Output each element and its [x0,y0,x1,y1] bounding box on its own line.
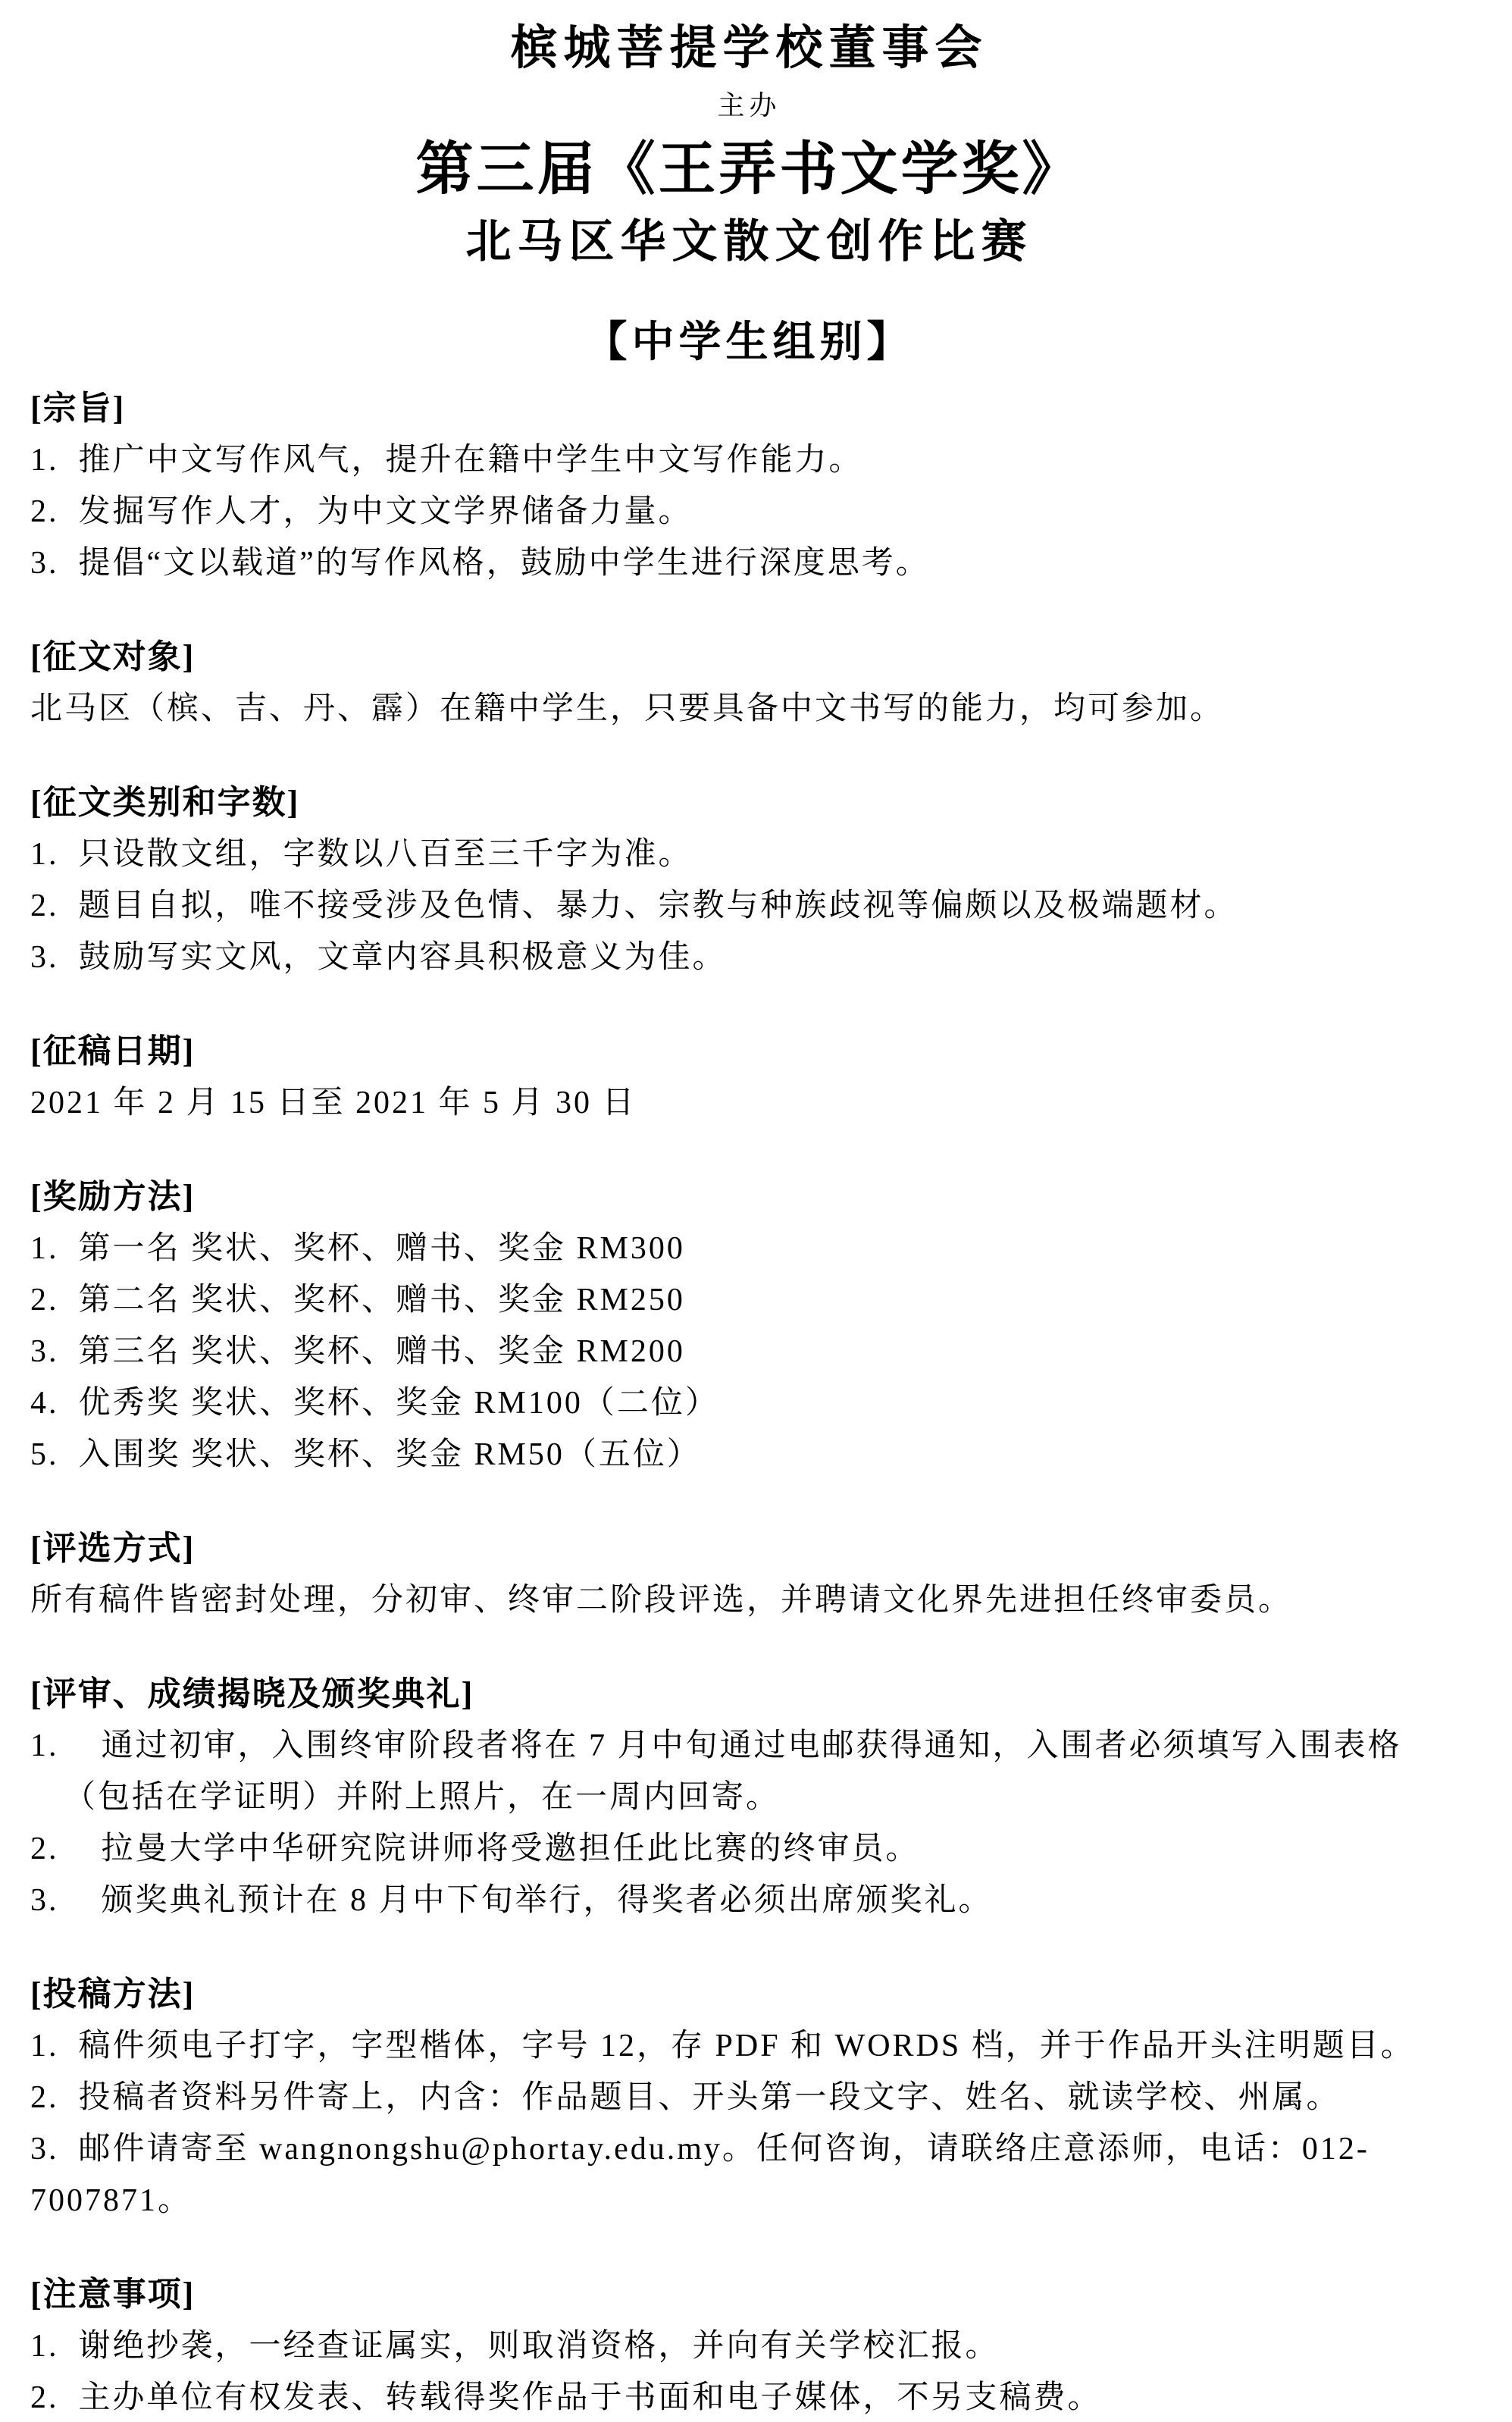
document-page: 槟城菩提学校董事会 主办 第三届《王弄书文学奖》 北马区华文散文创作比赛 【中学… [0,0,1512,2422]
item-text: 颁奖典礼预计在 8 月中下旬举行，得奖者必须出席颁奖礼。 [102,1883,993,1918]
list-item: 1.只设散文组，字数以八百至三千字为准。 [30,829,1468,880]
item-number: 2. [30,888,59,923]
item-number: 1. [30,2029,59,2063]
submission-dates: 2021 年 2 月 15 日至 2021 年 5 月 30 日 [30,1077,1468,1129]
item-text: 第三名 奖状、奖杯、赠书、奖金 RM200 [79,1334,685,1369]
section-judging-results-ceremony: [评审、成绩揭晓及颁奖典礼] 1.通过初审，入围终审阶段者将在 7 月中旬通过电… [30,1668,1468,1926]
item-number: 4. [30,1386,59,1421]
item-number: 2. [30,2380,59,2415]
item-text: 通过初审，入围终审阶段者将在 7 月中旬通过电邮获得通知，入围者必须填写入围表格… [64,1728,1402,1815]
section-notes: [注意事项] 1.谢绝抄袭，一经查证属实，则取消资格，并向有关学校汇报。 2.主… [30,2269,1468,2422]
section-submission-method: [投稿方法] 1.稿件须电子打字，字型楷体，字号 12，存 PDF 和 WORD… [30,1969,1468,2226]
list-item: 1.谢绝抄袭，一经查证属实，则取消资格，并向有关学校汇报。 [30,2320,1468,2372]
section-heading: [评选方式] [30,1523,1468,1574]
list-item: 2.投稿者资料另件寄上，内含：作品题目、开头第一段文字、姓名、就读学校、州属。 [30,2072,1468,2123]
item-text: 谢绝抄袭，一经查证属实，则取消资格，并向有关学校汇报。 [79,2329,1000,2364]
section-heading: [宗旨] [30,383,1468,434]
section-eligibility: [征文对象] 北马区（槟、吉、丹、霹）在籍中学生，只要具备中文书写的能力，均可参… [30,631,1468,735]
prize-item: 3.第三名 奖状、奖杯、赠书、奖金 RM200 [30,1326,1468,1377]
item-text: 第二名 奖状、奖杯、赠书、奖金 RM250 [79,1283,685,1318]
category-banner: 【中学生组别】 [30,315,1468,371]
section-judging-method: [评选方式] 所有稿件皆密封处理，分初审、终审二阶段评选，并聘请文化界先进担任终… [30,1523,1468,1626]
item-text: 第一名 奖状、奖杯、赠书、奖金 RM300 [79,1231,685,1266]
section-heading: [投稿方法] [30,1969,1468,2020]
document-header: 槟城菩提学校董事会 主办 第三届《王弄书文学奖》 北马区华文散文创作比赛 【中学… [30,18,1468,371]
list-item: 2.题目自拟，唯不接受涉及色情、暴力、宗教与种族歧视等偏颇以及极端题材。 [30,880,1468,932]
item-text: 拉曼大学中华研究院讲师将受邀担任此比赛的终审员。 [102,1831,920,1866]
section-heading: [征文对象] [30,631,1468,683]
list-item: 3.提倡“文以载道”的写作风格，鼓励中学生进行深度思考。 [30,537,1468,589]
list-item: 3.颁奖典礼预计在 8 月中下旬举行，得奖者必须出席颁奖礼。 [30,1875,1468,1926]
item-text: 推广中文写作风气，提升在籍中学生中文写作能力。 [79,443,863,478]
competition-subtitle: 北马区华文散文创作比赛 [30,212,1468,271]
organizer-name: 槟城菩提学校董事会 [30,18,1468,80]
item-number: 5. [30,1437,59,1472]
item-number: 2. [30,2080,59,2115]
item-text: 投稿者资料另件寄上，内含：作品题目、开头第一段文字、姓名、就读学校、州属。 [79,2080,1341,2115]
host-label: 主办 [30,87,1468,124]
item-text: 入围奖 奖状、奖杯、奖金 RM50（五位） [79,1437,701,1472]
list-item: 1.通过初审，入围终审阶段者将在 7 月中旬通过电邮获得通知，入围者必须填写入围… [30,1720,1468,1823]
item-number: 1. [30,1728,59,1763]
list-item: 3.鼓励写实文风，文章内容具积极意义为佳。 [30,932,1468,983]
item-text: 鼓励写实文风，文章内容具积极意义为佳。 [79,940,727,975]
item-number: 3. [30,940,59,975]
item-text: 只设散文组，字数以八百至三千字为准。 [79,837,693,872]
list-item: 1.推广中文写作风气，提升在籍中学生中文写作能力。 [30,434,1468,486]
item-number: 2. [30,494,59,529]
section-paragraph: 所有稿件皆密封处理，分初审、终审二阶段评选，并聘请文化界先进担任终审委员。 [30,1574,1468,1626]
item-number: 1. [30,443,59,478]
item-text: 提倡“文以载道”的写作风格，鼓励中学生进行深度思考。 [79,546,930,581]
item-text: 稿件须电子打字，字型楷体，字号 12，存 PDF 和 WORDS 档，并于作品开… [79,2029,1415,2063]
prize-item: 5.入围奖 奖状、奖杯、奖金 RM50（五位） [30,1429,1468,1480]
item-text: 发掘写作人才，为中文文学界储备力量。 [79,494,693,529]
list-item: 1.稿件须电子打字，字型楷体，字号 12，存 PDF 和 WORDS 档，并于作… [30,2020,1468,2072]
section-submission-period: [征稿日期] 2021 年 2 月 15 日至 2021 年 5 月 30 日 [30,1026,1468,1129]
section-prizes: [奖励方法] 1.第一名 奖状、奖杯、赠书、奖金 RM300 2.第二名 奖状、… [30,1171,1468,1480]
item-text: 题目自拟，唯不接受涉及色情、暴力、宗教与种族歧视等偏颇以及极端题材。 [79,888,1238,923]
item-number: 3. [30,2132,59,2167]
item-number: 3. [30,1883,59,1918]
list-item: 2.主办单位有权发表、转载得奖作品于书面和电子媒体，不另支稿费。 [30,2372,1468,2422]
item-number: 2. [30,1831,59,1866]
section-heading: [注意事项] [30,2269,1468,2320]
prize-item: 2.第二名 奖状、奖杯、赠书、奖金 RM250 [30,1274,1468,1326]
list-item: 3.邮件请寄至 wangnongshu@phortay.edu.my。任何咨询，… [30,2123,1468,2226]
item-number: 1. [30,2329,59,2364]
prize-item: 1.第一名 奖状、奖杯、赠书、奖金 RM300 [30,1223,1468,1274]
section-heading: [征稿日期] [30,1026,1468,1077]
prize-item: 4.优秀奖 奖状、奖杯、奖金 RM100（二位） [30,1377,1468,1429]
item-text-with-email: 邮件请寄至 wangnongshu@phortay.edu.my。任何咨询，请联… [30,2132,1370,2218]
award-title: 第三届《王弄书文学奖》 [30,133,1468,208]
list-item: 2.拉曼大学中华研究院讲师将受邀担任此比赛的终审员。 [30,1823,1468,1875]
item-text: 优秀奖 奖状、奖杯、奖金 RM100（二位） [79,1386,719,1421]
item-number: 2. [30,1283,59,1318]
section-heading: [评审、成绩揭晓及颁奖典礼] [30,1668,1468,1720]
item-number: 3. [30,1334,59,1369]
section-heading: [征文类别和字数] [30,777,1468,829]
section-heading: [奖励方法] [30,1171,1468,1223]
list-item: 2.发掘写作人才，为中文文学界储备力量。 [30,486,1468,537]
item-number: 1. [30,837,59,872]
section-purpose: [宗旨] 1.推广中文写作风气，提升在籍中学生中文写作能力。 2.发掘写作人才，… [30,383,1468,589]
item-number: 3. [30,546,59,581]
section-category-wordcount: [征文类别和字数] 1.只设散文组，字数以八百至三千字为准。 2.题目自拟，唯不… [30,777,1468,983]
item-number: 1. [30,1231,59,1266]
section-paragraph: 北马区（槟、吉、丹、霹）在籍中学生，只要具备中文书写的能力，均可参加。 [30,683,1468,735]
item-text: 主办单位有权发表、转载得奖作品于书面和电子媒体，不另支稿费。 [79,2380,1102,2415]
